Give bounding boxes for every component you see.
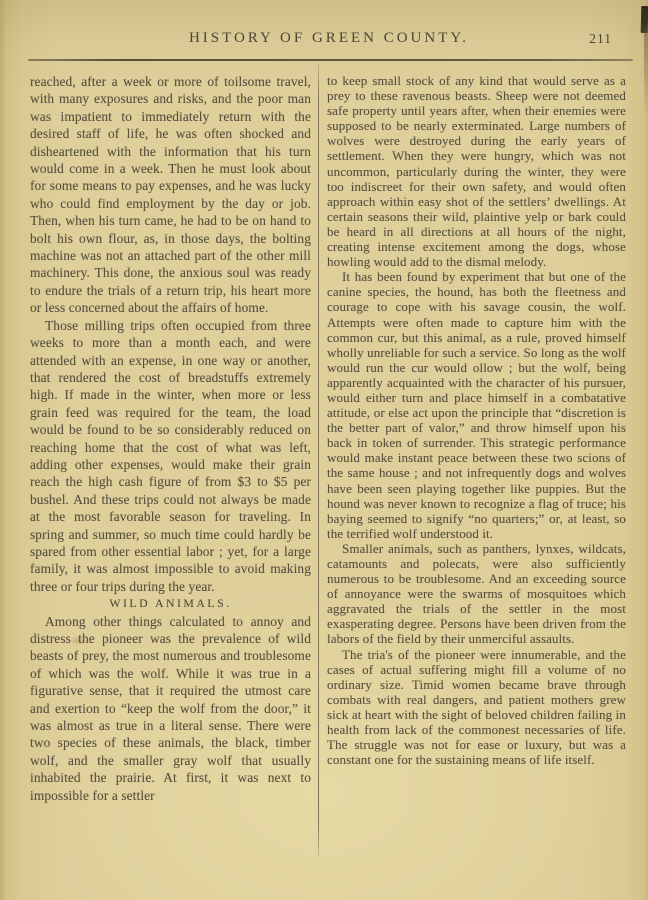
page-number: 211	[589, 31, 612, 47]
right-column: to keep small stock of any kind that wou…	[327, 73, 626, 767]
section-heading: WILD ANIMALS.	[30, 595, 311, 612]
paragraph: The tria's of the pioneer were innumerab…	[327, 647, 626, 768]
page-header: HISTORY OF GREEN COUNTY. 211	[28, 30, 630, 52]
paragraph: reached, after a week or more of toilsom…	[30, 73, 311, 317]
page-title: HISTORY OF GREEN COUNTY.	[28, 30, 630, 47]
paragraph: It has been found by experiment that but…	[327, 269, 626, 541]
paragraph: to keep small stock of any kind that wou…	[327, 73, 626, 269]
column-divider	[318, 64, 319, 856]
left-column: reached, after a week or more of toilsom…	[30, 73, 311, 804]
ink-smudge	[70, 636, 86, 645]
paragraph: Smaller animals, such as panthers, lynxe…	[327, 541, 626, 647]
scan-edge-shadow	[644, 28, 648, 118]
paragraph: Those milling trips often occupied from …	[30, 317, 311, 596]
header-rule	[28, 59, 633, 61]
book-page: HISTORY OF GREEN COUNTY. 211 reached, af…	[0, 0, 648, 900]
